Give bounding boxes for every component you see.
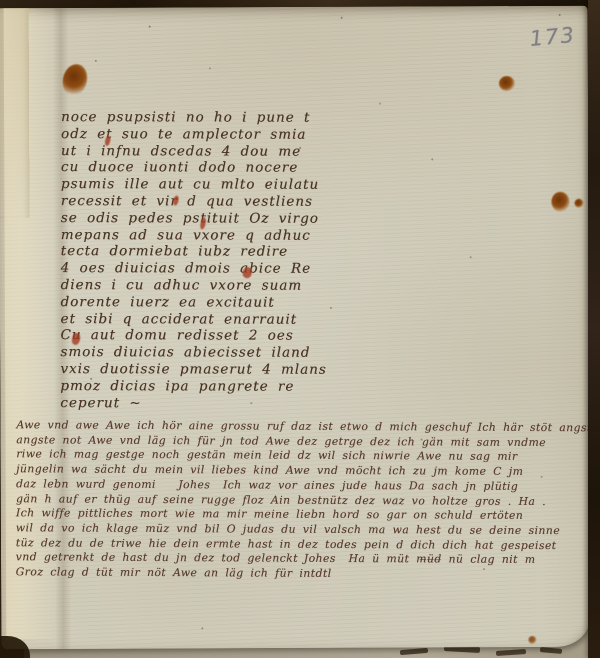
latin-line: et sibi q acciderat enarrauit (60, 311, 342, 329)
latin-line: ut i infnu dscedas 4 dou me (61, 143, 343, 161)
book-edge-right (588, 0, 600, 658)
latin-line: vxis duotissie pmaserut 4 mlans (60, 361, 342, 379)
page-edge-top-left (0, 8, 30, 218)
latin-line: noce psupsisti no ho i pune t (61, 109, 343, 127)
latin-line: psumis ille aut cu mlto eiulatu (61, 176, 343, 194)
parchment-page: 173 noce psupsisti no ho i pune todz et … (0, 6, 590, 650)
stain (528, 636, 536, 644)
latin-line: ceperut ~ (60, 395, 342, 413)
page-number: 173 (529, 23, 577, 51)
stain (59, 62, 90, 99)
manuscript-photo: 173 noce psupsisti no ho i pune todz et … (0, 0, 600, 658)
latin-line: 4 oes diuicias dmois abice Re (61, 260, 343, 278)
latin-line: cu duoce iuonti dodo nocere (61, 159, 343, 177)
german-text-block: Awe vnd awe Awe ich hör aine grossu ruf … (16, 418, 589, 583)
latin-line: tecta dormiebat iubz redire (61, 243, 343, 261)
stain (551, 192, 569, 212)
german-line: Groz clag d tüt mir nöt Awe an läg ich f… (16, 565, 588, 583)
latin-line: recessit et vir d qua vestliens (61, 193, 343, 211)
latin-line: smois diuicias abiecisset iland (60, 344, 342, 362)
latin-line: diens i cu adhuc vxore suam (61, 277, 343, 295)
speck-group (149, 26, 151, 28)
latin-text-block: noce psupsisti no ho i pune todz et suo … (60, 109, 343, 412)
latin-line: Cu aut domu redisset 2 oes (60, 327, 342, 345)
latin-line: odz et suo te amplector smia (61, 126, 343, 144)
stain (574, 199, 583, 208)
stain (499, 76, 515, 91)
latin-line: dorente iuerz ea excitauit (61, 294, 343, 312)
latin-line: pmoz dicias ipa pangrete re (60, 378, 342, 396)
